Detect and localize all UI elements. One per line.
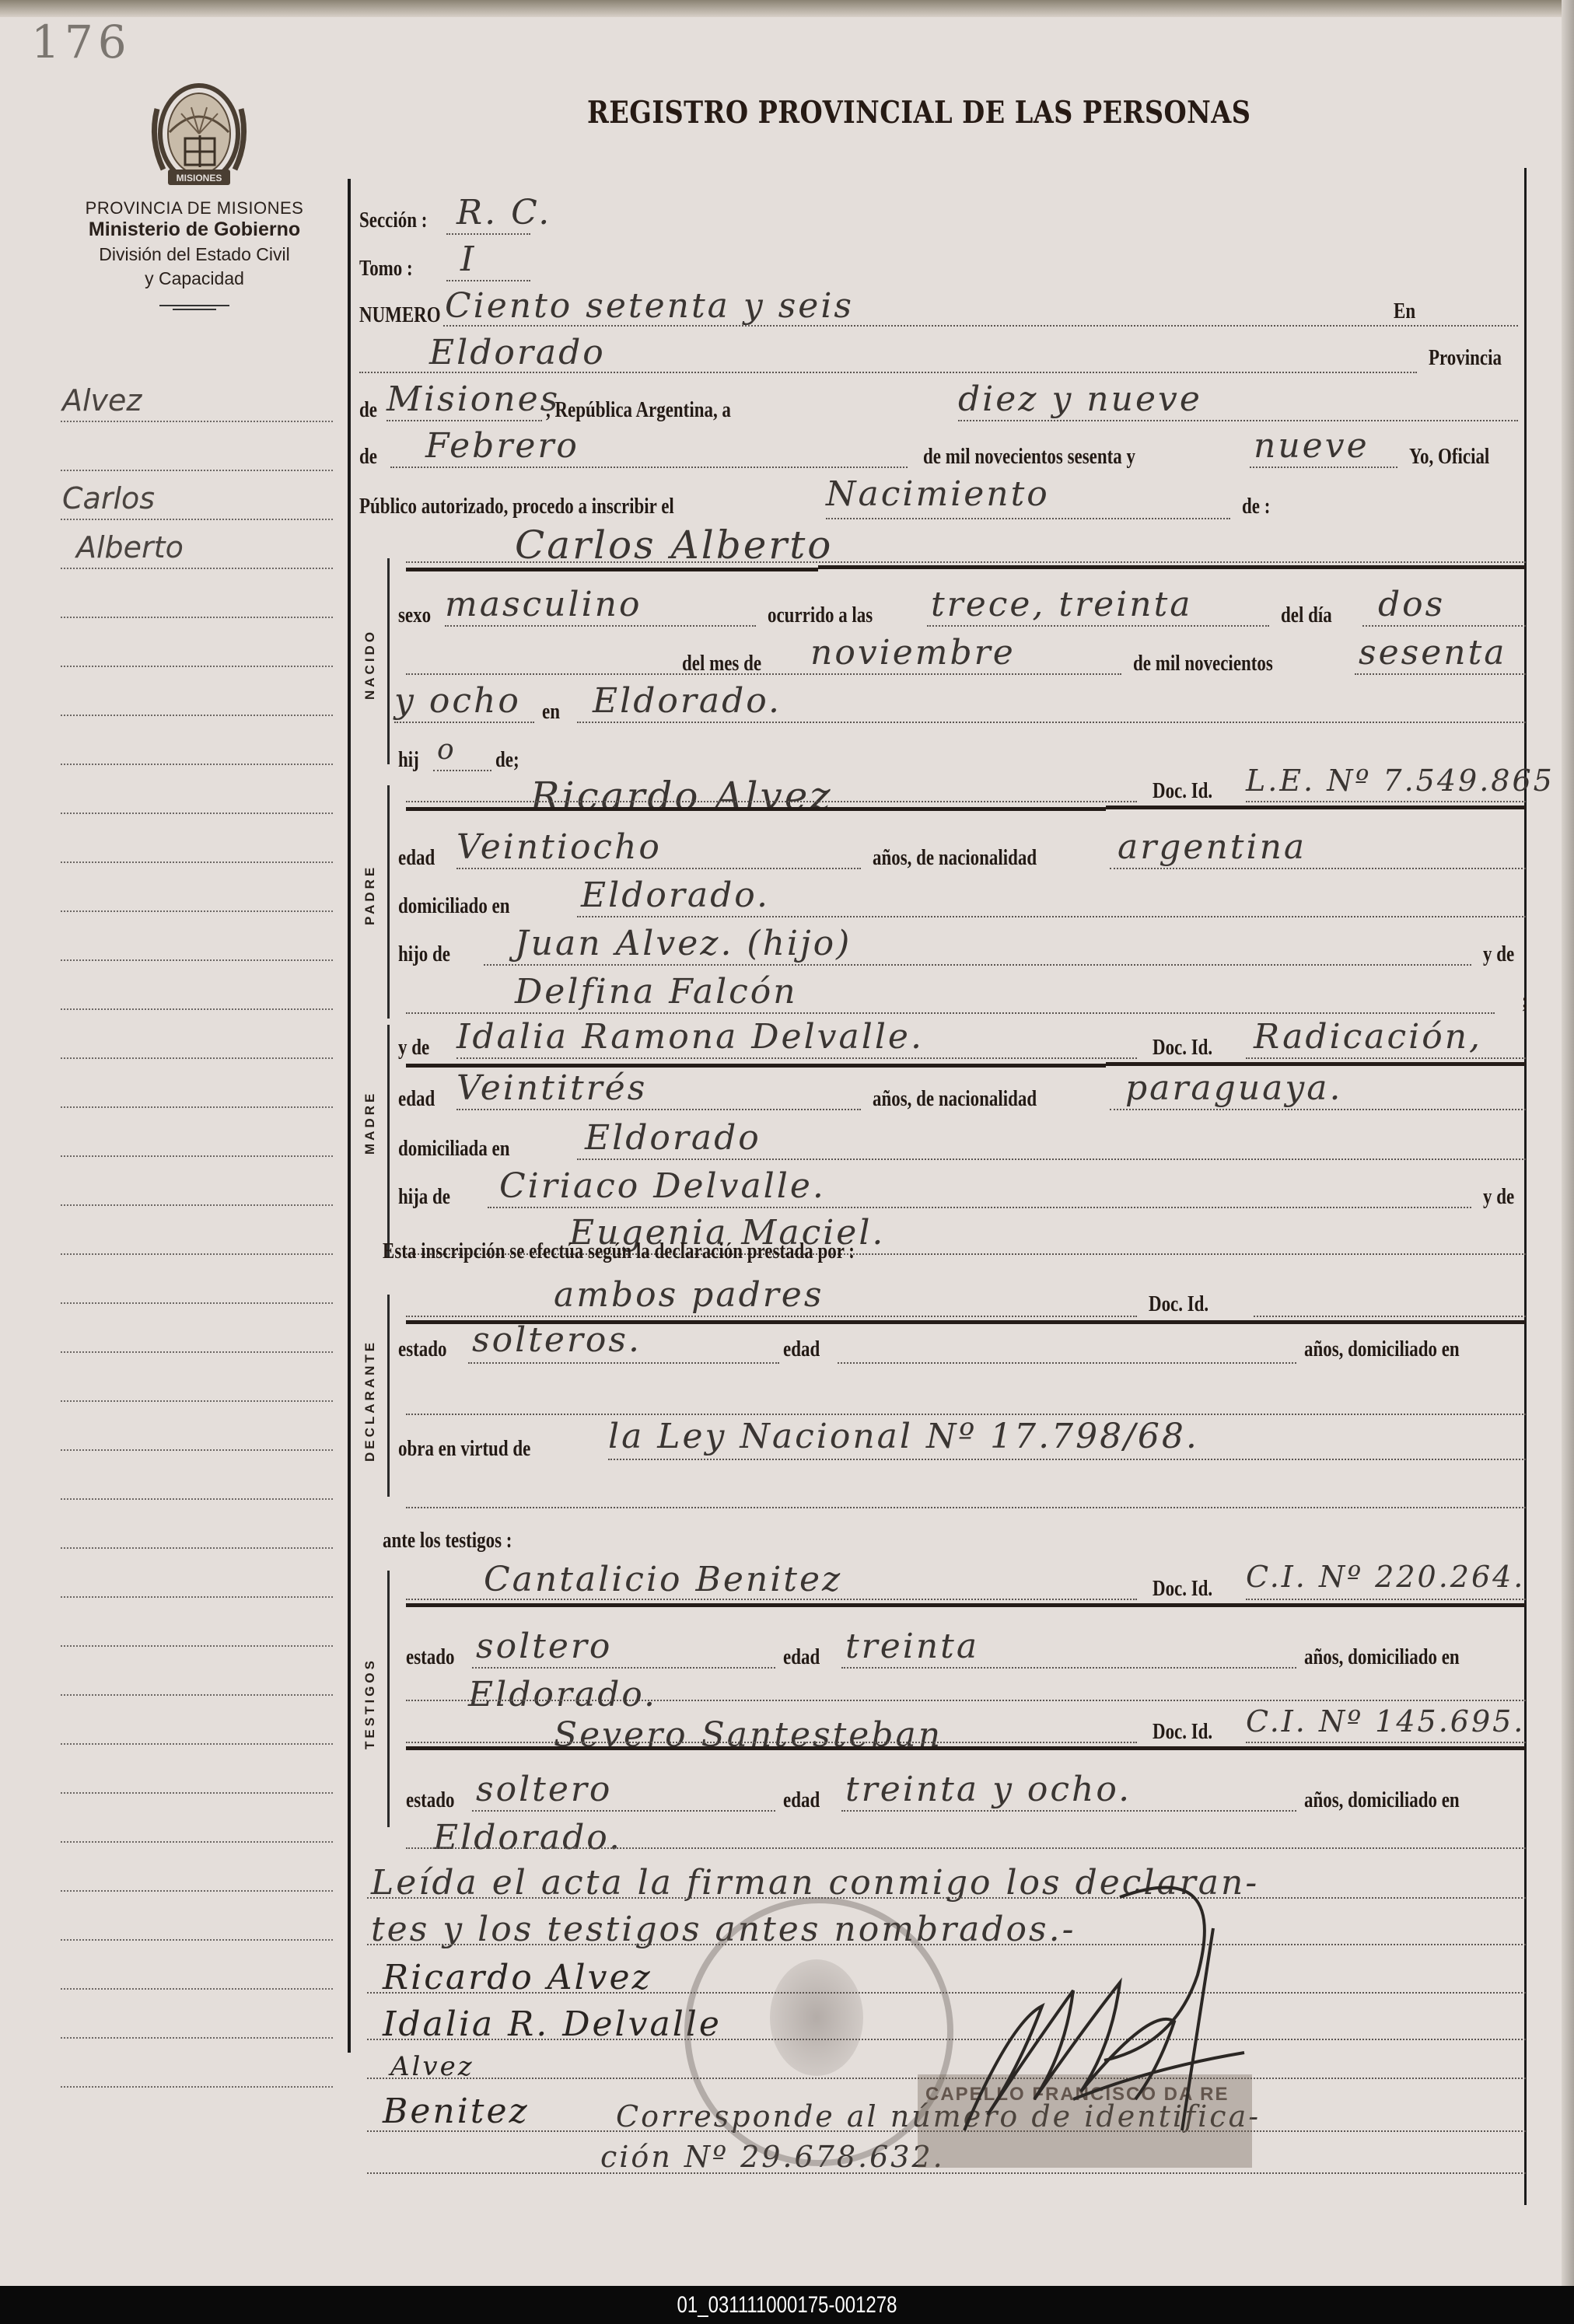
provincia-label: Provincia xyxy=(1429,346,1502,371)
hora-value: trece, treinta xyxy=(931,585,1193,624)
padre-nombre-value: Ricardo Alvez xyxy=(530,774,833,819)
testigo-2-domicilio-value: Eldorado. xyxy=(433,1818,622,1857)
firma-testigo: Benitez xyxy=(383,2092,530,2131)
anio-nacimiento-value: sesenta xyxy=(1359,633,1507,673)
provincia-value: Misiones xyxy=(387,379,560,419)
margin-note-middle-name: Alberto xyxy=(76,530,184,564)
padre-madre-value: Delfina Falcón xyxy=(515,972,798,1012)
madre-domicilio-value: Eldorado xyxy=(585,1118,761,1158)
officer-signature-icon xyxy=(918,1866,1322,2161)
section-label-madre: MADRE xyxy=(362,1091,378,1155)
testigo-2-doc-value: C.I. Nº 145.695. xyxy=(1246,1704,1525,1739)
section-label-padre: PADRE xyxy=(362,865,378,925)
madre-hija-de-label: hija de xyxy=(398,1185,450,1210)
de-label-2: de xyxy=(359,445,377,470)
obra-label: obra en virtud de xyxy=(398,1437,530,1462)
testigo-1-edad-value: treinta xyxy=(845,1627,979,1666)
madre-nacionalidad-label: años, de nacionalidad xyxy=(873,1087,1037,1112)
numero-label: NUMERO xyxy=(359,303,441,328)
localidad-value: Eldorado xyxy=(429,333,606,372)
testigo-1-edad-label: edad xyxy=(783,1645,820,1670)
declarante-estado-label: estado xyxy=(398,1337,447,1362)
divider xyxy=(173,309,216,310)
madre-doc-label: Doc. Id. xyxy=(1153,1036,1212,1061)
folio-number: 176 xyxy=(31,16,131,68)
testigo-1-doc-label: Doc. Id. xyxy=(1153,1577,1212,1602)
mes-nacimiento-value: noviembre xyxy=(810,633,1016,673)
declarante-estado-value: solteros. xyxy=(472,1320,642,1360)
document-page: 176 MISIONES PROVINCIA DE MISIONES Minis… xyxy=(0,0,1574,2286)
mes-registro-value: Febrero xyxy=(425,426,579,466)
seccion-label: Sección : xyxy=(359,208,427,233)
margin-note-surname: Alvez xyxy=(62,383,142,418)
testigo-1-doc-value: C.I. Nº 220.264. xyxy=(1246,1560,1525,1594)
testigo-1-domicilio-value: Eldorado. xyxy=(468,1675,657,1714)
de-label: de xyxy=(359,398,377,423)
anio-registro-value: nueve xyxy=(1254,426,1369,466)
madre-doc-value: Radicación, xyxy=(1254,1017,1482,1057)
section-label-nacido: NACIDO xyxy=(362,629,378,700)
testigos-intro: ante los testigos : xyxy=(383,1529,512,1553)
en-label: En xyxy=(1394,299,1415,324)
anio-label: de mil novecientos sesenta y xyxy=(923,445,1135,470)
seccion-value: R. C. xyxy=(456,193,551,232)
padre-edad-label: edad xyxy=(398,846,435,871)
sexo-value: masculino xyxy=(445,585,642,624)
testigo-1-domicilio-label: años, domiciliado en xyxy=(1304,1645,1460,1670)
testigo-2-doc-label: Doc. Id. xyxy=(1153,1720,1212,1745)
padre-hijo-de-label: hijo de xyxy=(398,942,450,967)
declarante-domicilio-label: años, domiciliado en xyxy=(1304,1337,1460,1362)
madre-nacionalidad-value: paraguaya. xyxy=(1125,1068,1342,1108)
section-label-declarante: DECLARANTE xyxy=(362,1340,378,1462)
hijo-suffix-value: o xyxy=(437,734,456,766)
testigo-1-estado-label: estado xyxy=(406,1645,455,1670)
acto-value: Nacimiento xyxy=(826,474,1050,514)
dia-registro-value: diez y nueve xyxy=(958,379,1202,419)
margin-note-first-name: Carlos xyxy=(62,481,155,515)
hijo-label: hij xyxy=(398,748,419,773)
section-label-testigos: TESTIGOS xyxy=(362,1658,378,1749)
declarante-nombre-value: ambos padres xyxy=(554,1275,824,1315)
anio-nacimiento-label: de mil novecientos xyxy=(1133,652,1273,676)
testigo-2-estado-value: soltero xyxy=(476,1770,612,1809)
de-colon-label: de : xyxy=(1242,495,1270,519)
province-name: PROVINCIA DE MISIONES xyxy=(47,198,342,218)
madre-edad-value: Veintitrés xyxy=(456,1068,647,1108)
testigo-2-edad-label: edad xyxy=(783,1788,820,1813)
svg-text:MISIONES: MISIONES xyxy=(177,173,222,183)
dia-nacimiento-value: dos xyxy=(1378,585,1445,624)
ministry-name: Ministerio de Gobierno xyxy=(47,218,342,241)
image-id-caption: 01_031111000175-001278 xyxy=(157,2286,1416,2324)
padre-edad-value: Veintiocho xyxy=(456,827,662,867)
testigo-2-edad-value: treinta y ocho. xyxy=(845,1770,1132,1809)
testigo-2-estado-label: estado xyxy=(406,1788,455,1813)
division-name-2: y Capacidad xyxy=(47,268,342,289)
madre-y-de-label-2: y de xyxy=(1483,1185,1514,1210)
ocurrido-label: ocurrido a las xyxy=(768,603,873,628)
tomo-label: Tomo : xyxy=(359,257,413,281)
sexo-label: sexo xyxy=(398,603,431,628)
padre-nacionalidad-label: años, de nacionalidad xyxy=(873,846,1037,871)
madre-y-de-label: y de xyxy=(398,1036,429,1061)
anio-nacimiento-value-2: y ocho xyxy=(394,681,521,721)
ministry-header: PROVINCIA DE MISIONES Ministerio de Gobi… xyxy=(47,198,342,310)
madre-nombre-value: Idalia Ramona Delvalle. xyxy=(456,1017,924,1057)
testigo-1-nombre-value: Cantalicio Benitez xyxy=(484,1560,842,1599)
tomo-value: I xyxy=(460,239,476,279)
madre-edad-label: edad xyxy=(398,1087,435,1112)
padre-doc-value: L.E. Nº 7.549.865 xyxy=(1246,764,1555,798)
obra-value: la Ley Nacional Nº 17.798/68. xyxy=(608,1417,1199,1456)
declarante-edad-label: edad xyxy=(783,1337,820,1362)
division-name: División del Estado Civil xyxy=(47,244,342,265)
misiones-crest-icon: MISIONES xyxy=(146,78,252,190)
seal-emblem xyxy=(770,1959,863,2076)
madre-domicilio-label: domiciliada en xyxy=(398,1137,510,1162)
declarante-intro: Esta inscripción se efectúa según la dec… xyxy=(383,1239,855,1264)
oficial-label: Yo, Oficial xyxy=(1409,445,1489,470)
divider xyxy=(159,305,229,306)
de-label-nacido: de; xyxy=(495,748,519,773)
padre-padre-value: Juan Alvez. (hijo) xyxy=(515,924,852,963)
dia-label: del día xyxy=(1281,603,1332,628)
republica-label: , República Argentina, a xyxy=(546,398,731,423)
testigo-1-estado-value: soltero xyxy=(476,1627,612,1666)
lugar-nacimiento-value: Eldorado. xyxy=(593,681,782,721)
en-lugar-label: en xyxy=(542,700,560,725)
numero-value: Ciento setenta y seis xyxy=(445,286,854,326)
column-divider xyxy=(348,179,351,2053)
padre-y-de-label: y de xyxy=(1483,942,1514,967)
semicolon: ; xyxy=(1522,989,1528,1014)
declarante-doc-label: Doc. Id. xyxy=(1149,1292,1208,1317)
margin-notes: Alvez Carlos Alberto xyxy=(61,373,333,2088)
testigo-2-domicilio-label: años, domiciliado en xyxy=(1304,1788,1460,1813)
padre-domicilio-label: domiciliado en xyxy=(398,894,510,919)
padre-domicilio-value: Eldorado. xyxy=(581,875,770,915)
madre-padre-value: Ciriaco Delvalle. xyxy=(499,1166,826,1206)
padre-nacionalidad-value: argentina xyxy=(1118,827,1306,867)
publico-label: Público autorizado, procedo a inscribir … xyxy=(359,495,674,519)
padre-doc-label: Doc. Id. xyxy=(1153,779,1212,804)
